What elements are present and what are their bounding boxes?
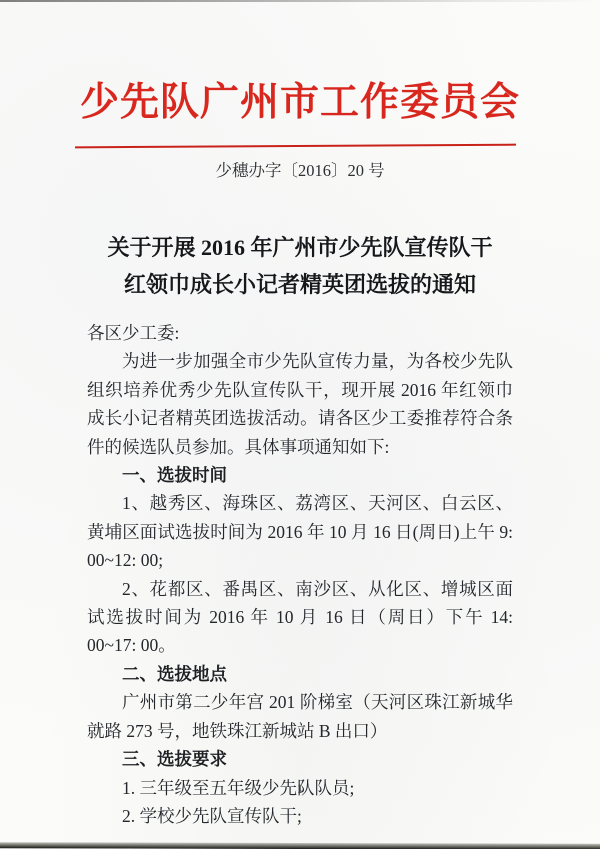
notice-title-line2: 红领巾成长小记者精英团选拔的通知 — [124, 272, 476, 297]
notice-body: 各区少工委: 为进一步加强全市少先队宣传力量，为各校少先队组织培养优秀少先队宣传… — [87, 319, 513, 830]
org-title: 少先队广州市工作委员会 — [0, 80, 600, 126]
section-time-paragraph-1: 1、越秀区、海珠区、荔湾区、天河区、白云区、黄埔区面试选拔时间为 2016 年 … — [87, 489, 513, 574]
intro-paragraph: 为进一步加强全市少先队宣传力量，为各校少先队组织培养优秀少先队宣传队干，现开展 … — [87, 347, 513, 461]
section-time-paragraph-2: 2、花都区、番禺区、南沙区、从化区、增城区面试选拔时间为 2016 年 10 月… — [87, 575, 513, 660]
section-heading-requirements: 三、选拔要求 — [87, 745, 513, 773]
scan-edge-bottom — [0, 842, 600, 849]
red-divider-rule — [75, 144, 516, 149]
scan-edge-top — [0, 0, 600, 2]
notice-title-line1: 关于开展 2016 年广州市少先队宣传队干 — [107, 235, 492, 260]
section-heading-location: 二、选拔地点 — [87, 660, 513, 688]
doc-number: 少穗办字〔2016〕20 号 — [0, 161, 600, 181]
section-heading-time: 一、选拔时间 — [87, 461, 513, 489]
section-requirements-item-2: 2. 学校少先队宣传队干; — [87, 802, 513, 830]
notice-title: 关于开展 2016 年广州市少先队宣传队干 红领巾成长小记者精英团选拔的通知 — [0, 229, 600, 303]
section-location-paragraph: 广州市第二少年宫 201 阶梯室（天河区珠江新城华就路 273 号，地铁珠江新城… — [87, 688, 513, 745]
salutation: 各区少工委: — [87, 319, 513, 347]
scanned-notice-page: 少先队广州市工作委员会 少穗办字〔2016〕20 号 关于开展 2016 年广州… — [0, 0, 600, 849]
page-number: 1 — [0, 782, 600, 797]
